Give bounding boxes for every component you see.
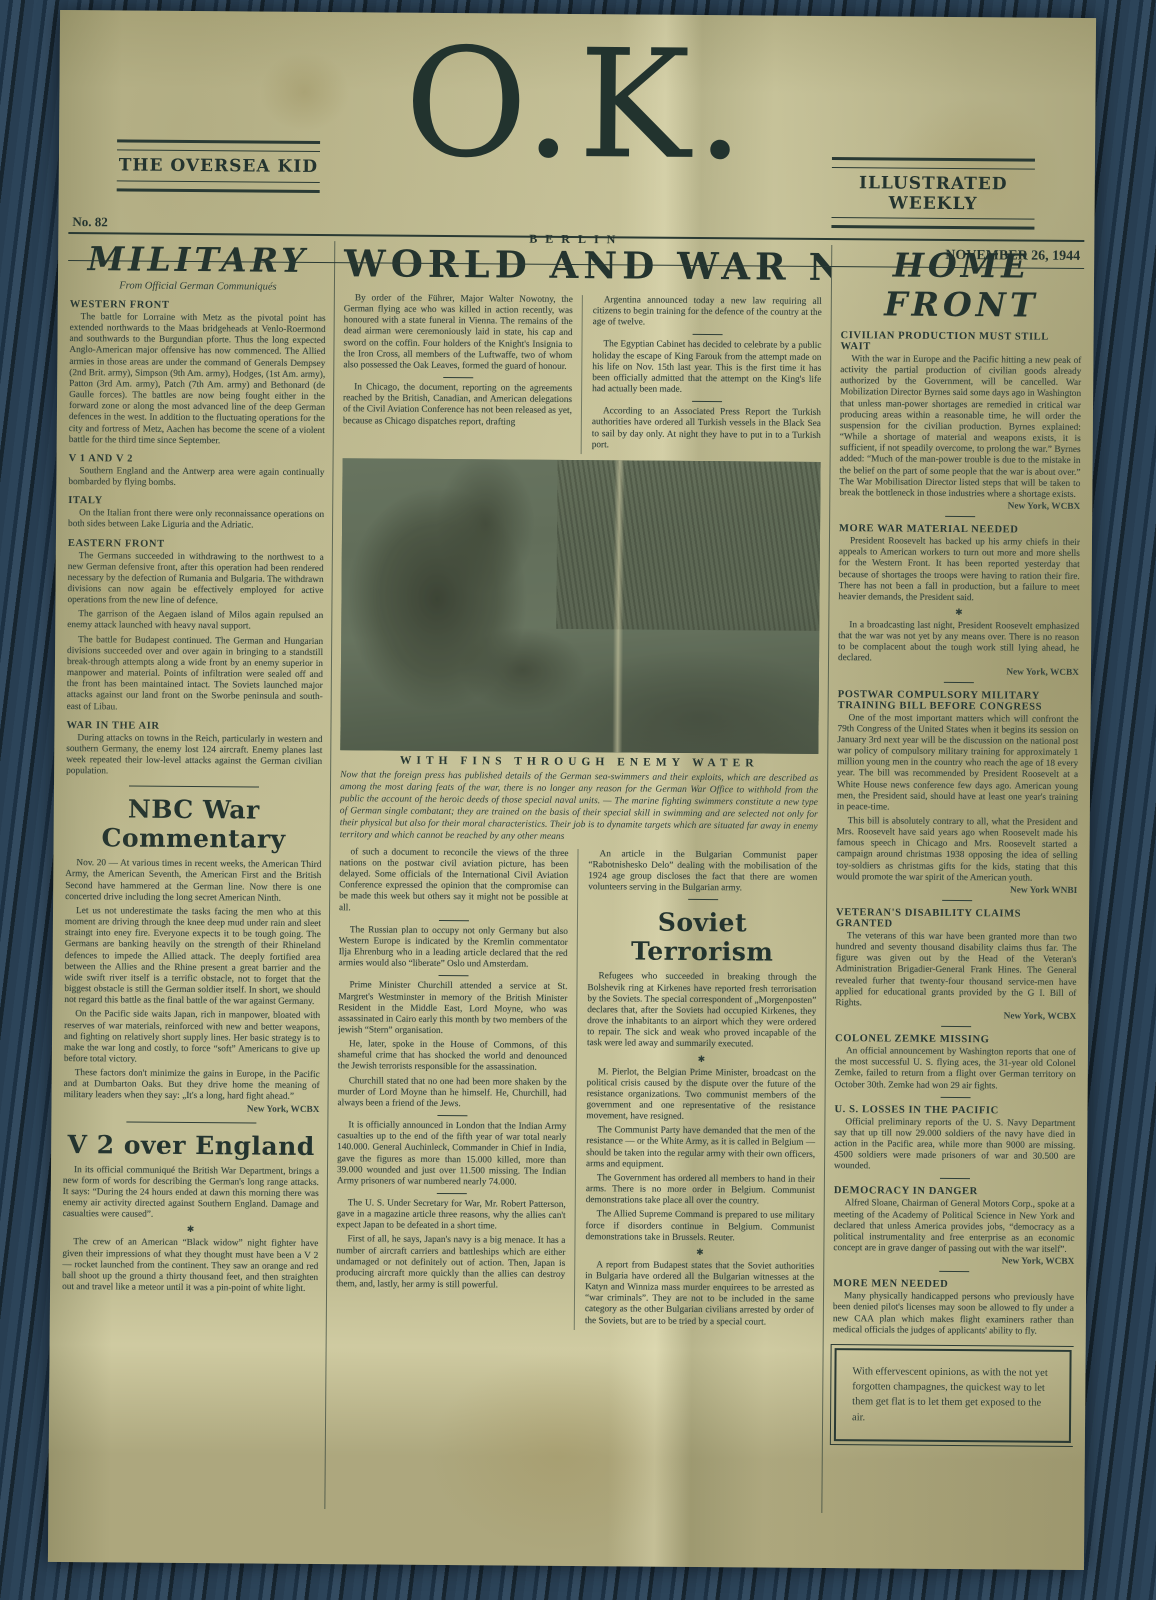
paragraph: Official preliminary reports of the U. S… — [834, 1117, 1075, 1175]
photo-tint-overlay — [340, 458, 820, 754]
issue-date: NOVEMBER 26, 1944 — [945, 248, 1080, 265]
separator-dash-icon — [943, 682, 973, 683]
section-heading: MORE WAR MATERIAL NEEDED — [839, 523, 1080, 536]
separator-dash-icon — [443, 377, 473, 378]
separator-dash-icon — [939, 1178, 969, 1179]
separator-dash-icon — [940, 1097, 970, 1098]
page-columns: MILITARY From Official German Communiqué… — [48, 225, 1094, 1515]
paragraph: The Communist Party have demanded that t… — [586, 1125, 815, 1171]
separator-dash-icon — [941, 1026, 971, 1027]
attribution: New York, WCBX — [835, 1010, 1076, 1022]
paragraph: It is officially announced in London tha… — [337, 1120, 567, 1189]
paragraph: Southern England and the Antwerp area we… — [68, 466, 324, 490]
section-heading: CIVILIAN PRODUCTION MUST STILL WAIT — [840, 330, 1081, 354]
section-heading: V 1 AND V 2 — [69, 453, 325, 466]
paragraph: M. Pierlot, the Belgian Prime Minister, … — [586, 1067, 815, 1125]
separator-dash-icon — [438, 975, 468, 976]
separator-dash-icon — [942, 900, 972, 901]
separator-dash-icon — [945, 516, 975, 517]
separator-rule-icon — [129, 786, 259, 788]
separator-dash-icon — [436, 1193, 466, 1194]
photo-of-newspaper-on-table: THE OVERSEA KID O.K. ILLUSTRATED WEEKLY … — [0, 0, 1156, 1600]
photo-caption: WITH FINS THROUGH ENEMY WATER — [340, 754, 818, 770]
paragraph: Prime Minister Churchill attended a serv… — [338, 981, 567, 1039]
paragraph: Many physically handicapped persons who … — [833, 1291, 1074, 1338]
article-headline: V 2 over England — [63, 1130, 319, 1161]
paragraph: The veterans of this war have been grant… — [835, 931, 1077, 1011]
paragraph: First of all, he says, Japan's navy is a… — [336, 1235, 565, 1293]
military-articles: WESTERN FRONTThe battle for Lorraine wit… — [62, 299, 326, 1295]
section-heading: VETERAN'S DISABILITY CLAIMS GRANTED — [836, 907, 1077, 931]
section-heading: WAR IN THE AIR — [66, 720, 322, 733]
section-heading: DEMOCRACY IN DANGER — [834, 1186, 1075, 1199]
paragraph: An official announcement by Washington r… — [835, 1046, 1076, 1093]
article-headline: Soviet Terrorism — [588, 908, 817, 968]
attribution: New York, WCBX — [839, 500, 1080, 512]
paragraph: These factors don't minimize the gains i… — [64, 1068, 320, 1103]
separator-dash-icon — [692, 334, 722, 335]
paragraph: In Chicago, the document, reporting on t… — [343, 382, 572, 428]
paragraph: One of the most important matters which … — [837, 713, 1079, 815]
paragraph: The Egyptian Cabinet has decided to cele… — [592, 340, 821, 398]
separator-rule-icon — [126, 1121, 256, 1123]
paragraph: The Russian plan to occupy not only Germ… — [339, 925, 568, 971]
paragraph: In a broadcasting last night, President … — [838, 620, 1079, 667]
paragraph: In its official communiqué the British W… — [63, 1165, 319, 1223]
section-heading: WESTERN FRONT — [70, 299, 326, 312]
separator-dash-icon — [692, 401, 722, 402]
article-headline: NBC War Commentary — [65, 794, 321, 854]
paragraph: He, later, spoke in the House of Commons… — [338, 1039, 567, 1074]
paragraph: The garrison of the Aegaen island of Mil… — [67, 609, 323, 633]
world-bottom-right: An article in the Bulgarian Communist pa… — [585, 849, 818, 1332]
paragraph: On the Pacific side waits Japan, rich in… — [64, 1009, 320, 1067]
photo-frogman-with-fins — [340, 458, 820, 754]
separator-dash-icon — [688, 899, 718, 900]
paragraph: According to an Associated Press Report … — [592, 406, 821, 452]
section-heading: U. S. LOSSES IN THE PACIFIC — [834, 1104, 1075, 1117]
photo-lede-text: Now that the foreign press has published… — [340, 769, 819, 845]
column-world-war-news: WORLD AND WAR NEWS By order of the Führe… — [325, 241, 832, 1513]
paragraph: Nov. 20 — At various times in recent wee… — [65, 858, 321, 905]
paragraph: Refugees who succeeded in breaking throu… — [587, 972, 817, 1052]
section-heading: POSTWAR COMPULSORY MILITARY TRAINING BIL… — [838, 689, 1079, 713]
separator-star-icon: ✱ — [587, 1053, 816, 1066]
paragraph: Churchill stated that no one had been mo… — [337, 1076, 566, 1111]
separator-dash-icon — [437, 1115, 467, 1116]
attribution: New York, WCBX — [63, 1103, 319, 1115]
attribution: New York WNBI — [836, 884, 1077, 896]
attribution: New York, WCBX — [838, 666, 1079, 678]
paragraph: Argentina announced today a new law requ… — [593, 295, 822, 330]
column-home-front: HOME FRONT CIVILIAN PRODUCTION MUST STIL… — [822, 245, 1082, 1515]
paragraph: The battle for Lorraine with Metz as the… — [69, 312, 326, 448]
masthead: THE OVERSEA KID O.K. ILLUSTRATED WEEKLY … — [58, 10, 1096, 233]
paragraph: of such a document to reconcile the view… — [339, 847, 569, 916]
paragraph: The crew of an American “Black widow” ni… — [62, 1237, 318, 1295]
newspaper-page: THE OVERSEA KID O.K. ILLUSTRATED WEEKLY … — [48, 10, 1096, 1570]
separator-star-icon: ✱ — [62, 1223, 318, 1236]
paper-name-right: ILLUSTRATED WEEKLY — [826, 168, 1041, 219]
world-bottom-left: of such a document to reconcile the view… — [336, 847, 579, 1330]
paragraph: President Roosevelt has backed up his ar… — [838, 536, 1080, 605]
separator-star-icon: ✱ — [585, 1246, 814, 1259]
boxed-quote: With effervescent opinions, as with the … — [834, 1348, 1072, 1443]
paragraph: The Germans succeeded in withdrawing to … — [67, 551, 323, 609]
separator-dash-icon — [939, 1271, 969, 1272]
military-subtitle: From Official German Communiqués — [70, 280, 326, 293]
paragraph: During attacks on towns in the Reich, pa… — [66, 733, 322, 780]
section-heading: ITALY — [68, 495, 324, 508]
world-bottom-subcolumns: of such a document to reconcile the view… — [336, 847, 818, 1332]
paragraph: By order of the Führer, Major Walter Now… — [343, 293, 573, 373]
paragraph: Let us not underestimate the tasks facin… — [64, 906, 321, 1008]
home-front-articles: CIVILIAN PRODUCTION MUST STILL WAITWith … — [833, 330, 1082, 1338]
separator-star-icon: ✱ — [838, 606, 1079, 619]
paragraph: With the war in Europe and the Pacific h… — [839, 354, 1081, 501]
attribution: New York, WCBX — [833, 1255, 1074, 1267]
section-heading: MORE MEN NEEDED — [833, 1278, 1074, 1291]
paragraph: A report from Budapest states that the S… — [585, 1260, 815, 1329]
world-top-right: Argentina announced today a new law requ… — [592, 295, 822, 456]
world-top-left: By order of the Führer, Major Walter Now… — [343, 293, 583, 454]
paragraph: The battle for Budapest continued. The G… — [67, 635, 324, 715]
double-rule — [831, 217, 1034, 230]
separator-dash-icon — [438, 920, 468, 921]
section-heading: COLONEL ZEMKE MISSING — [835, 1033, 1076, 1046]
paragraph: The U. S. Under Secretary for War, Mr. R… — [337, 1198, 566, 1233]
paragraph: An article in the Bulgarian Communist pa… — [588, 849, 817, 895]
paragraph: On the Italian front there were only rec… — [68, 508, 324, 532]
issue-number: No. 82 — [72, 214, 108, 230]
paragraph: The Government has ordered all members t… — [586, 1173, 815, 1208]
section-heading: EASTERN FRONT — [68, 538, 324, 551]
world-top-subcolumns: By order of the Führer, Major Walter Now… — [343, 293, 822, 456]
paragraph: Alfred Sloane, Chairman of General Motor… — [833, 1199, 1074, 1257]
column-military: MILITARY From Official German Communiqué… — [60, 239, 335, 1509]
masthead-right-box: ILLUSTRATED WEEKLY — [825, 148, 1041, 239]
paragraph: The Allied Supreme Command is prepared t… — [585, 1209, 814, 1244]
paragraph: This bill is absolutely contrary to all,… — [836, 816, 1078, 885]
